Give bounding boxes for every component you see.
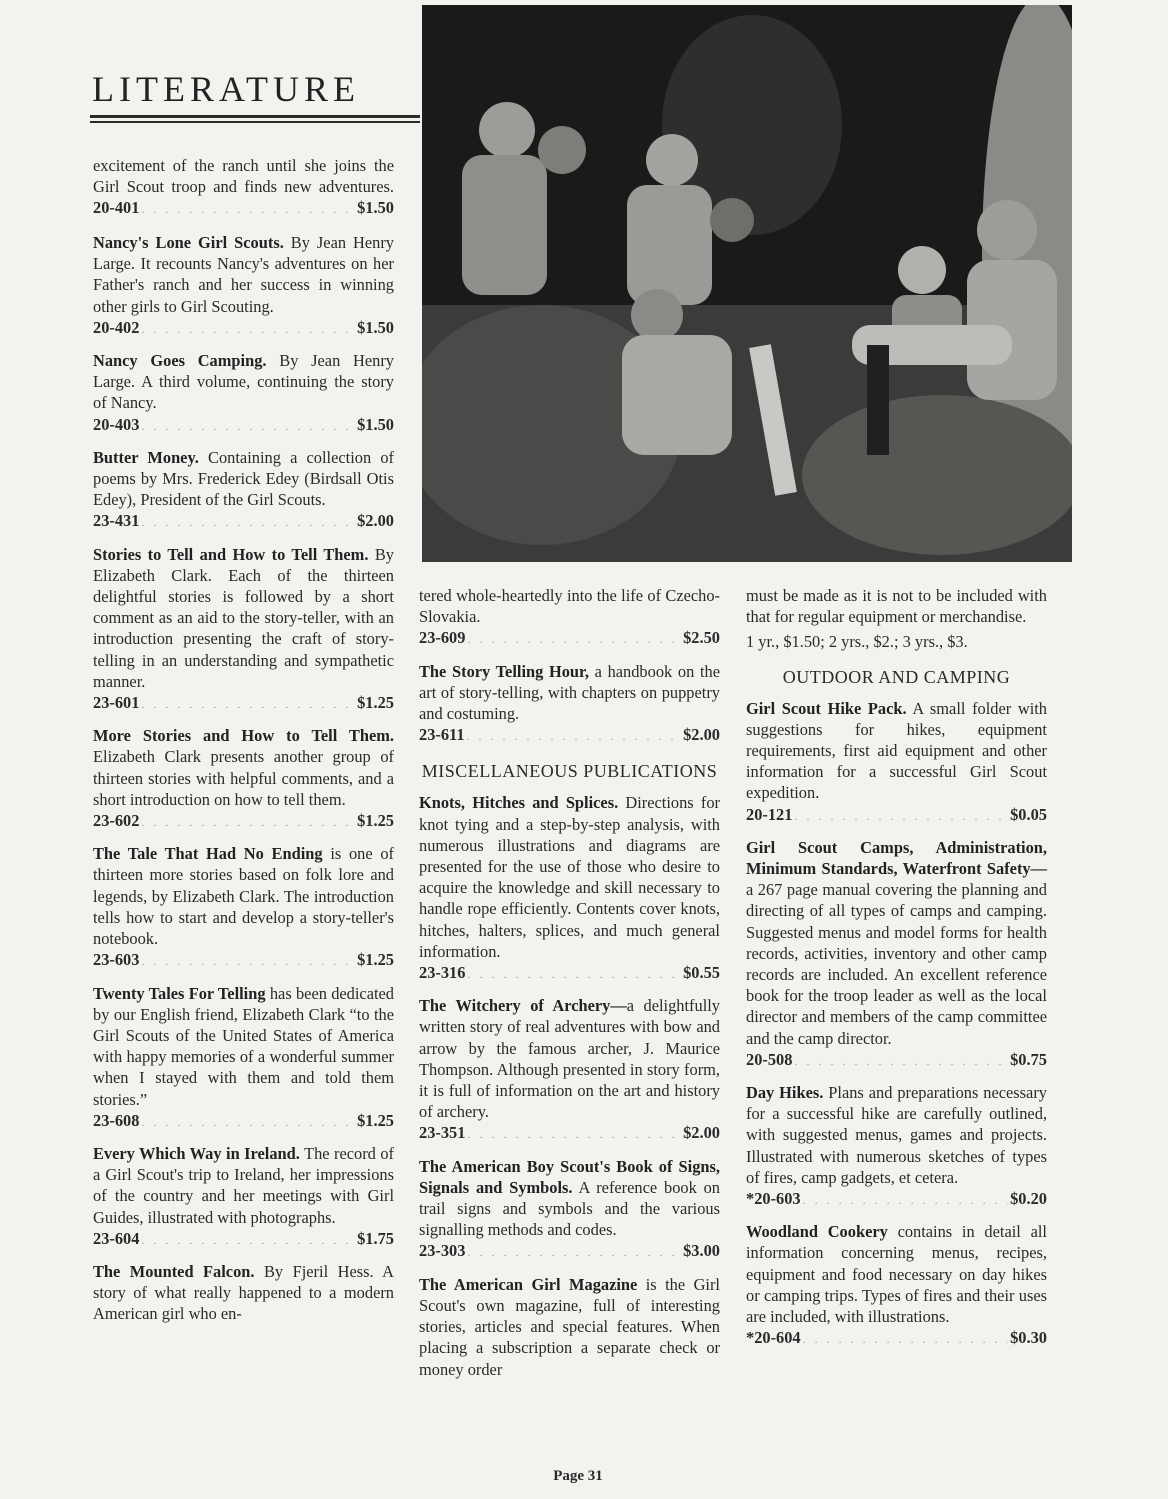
price-line: 23-608$1.25 (93, 1110, 394, 1133)
item-price: $1.50 (357, 197, 394, 218)
leader-dots (141, 1112, 355, 1133)
item-price: $3.00 (683, 1240, 720, 1261)
column-2: tered whole-heartedly into the life of C… (419, 585, 720, 1390)
entry-description: must be made as it is not to be included… (746, 586, 1047, 626)
column-1-entries: Nancy's Lone Girl Scouts. By Jean Henry … (93, 232, 394, 1335)
item-price: $1.25 (357, 810, 394, 831)
item-code: 23-601 (93, 692, 139, 713)
item-price: $2.50 (683, 627, 720, 648)
catalog-entry: Girl Scout Camps, Administration, Minimu… (746, 837, 1047, 1072)
price-line: 20-402$1.50 (93, 317, 394, 340)
price-line: 23-351$2.00 (419, 1122, 720, 1145)
leader-dots (141, 319, 355, 340)
item-code: 23-303 (419, 1240, 465, 1261)
item-price: $0.30 (1010, 1327, 1047, 1348)
entry-title: More Stories and How to Tell Them. (93, 726, 394, 745)
price-line: 23-609$2.50 (419, 627, 720, 650)
item-code: 23-611 (419, 724, 465, 745)
catalog-entry: Twenty Tales For Telling has been dedica… (93, 983, 394, 1133)
entry-title: The American Girl Magazine (419, 1275, 637, 1294)
leader-dots (141, 416, 355, 437)
leader-dots (467, 1124, 681, 1145)
catalog-entry: Stories to Tell and How to Tell Them. By… (93, 544, 394, 716)
item-price: $1.25 (357, 1110, 394, 1131)
price-line: 20-401 $1.50 (93, 197, 394, 220)
catalog-entry: The Witchery of Archery—a delightfully w… (419, 995, 720, 1145)
leader-dots (794, 806, 1008, 827)
leader-dots (467, 964, 681, 985)
catalog-entry: Knots, Hitches and Splices. Directions f… (419, 792, 720, 985)
entry-title: The Witchery of Archery— (419, 996, 627, 1015)
price-line: *20-604$0.30 (746, 1327, 1047, 1350)
catalog-entry: The Story Telling Hour, a handbook on th… (419, 661, 720, 748)
title-rule-top (90, 115, 420, 118)
item-price: $0.05 (1010, 804, 1047, 825)
price-line: 23-602$1.25 (93, 810, 394, 833)
leader-dots (141, 199, 355, 220)
price-line: 23-601$1.25 (93, 692, 394, 715)
leader-dots (141, 951, 355, 972)
leader-dots (794, 1051, 1008, 1072)
item-code: 23-351 (419, 1122, 465, 1143)
entry-title: The Mounted Falcon. (93, 1262, 255, 1281)
item-price: $0.55 (683, 962, 720, 983)
column-3: must be made as it is not to be included… (746, 585, 1047, 1361)
page-title: LITERATURE (92, 68, 360, 110)
leader-dots (803, 1329, 1008, 1350)
catalog-entry: Woodland Cookery contains in detail all … (746, 1221, 1047, 1350)
item-code: *20-604 (746, 1327, 801, 1348)
catalog-entry: Nancy's Lone Girl Scouts. By Jean Henry … (93, 232, 394, 340)
item-price: $1.25 (357, 949, 394, 970)
item-price: $1.50 (357, 414, 394, 435)
catalog-entry: Girl Scout Hike Pack. A small folder wit… (746, 698, 1047, 827)
entry-title: Knots, Hitches and Splices. (419, 793, 618, 812)
girl-scouts-photo (422, 5, 1072, 562)
leader-dots (141, 694, 355, 715)
entry-description: a 267 page manual covering the planning … (746, 880, 1047, 1047)
catalog-entry: Day Hikes. Plans and preparations necess… (746, 1082, 1047, 1211)
price-line: 23-316$0.55 (419, 962, 720, 985)
catalog-entry: More Stories and How to Tell Them. Eliza… (93, 725, 394, 833)
item-price: $1.25 (357, 692, 394, 713)
entry-title: Girl Scout Hike Pack. (746, 699, 907, 718)
section-heading-outdoor-camping: OUTDOOR AND CAMPING (746, 667, 1047, 688)
catalog-entry: The American Boy Scout's Book of Signs, … (419, 1156, 720, 1264)
catalog-entry: Butter Money. Containing a collection of… (93, 447, 394, 534)
catalog-entry: The Tale That Had No Ending is one of th… (93, 843, 394, 972)
section-heading-miscellaneous: MISCELLANEOUS PUBLICATIONS (419, 761, 720, 782)
leader-dots (141, 512, 355, 533)
item-code: 20-121 (746, 804, 792, 825)
catalog-entry: Every Which Way in Ireland. The record o… (93, 1143, 394, 1251)
price-line: 23-303$3.00 (419, 1240, 720, 1263)
entry-title: The Story Telling Hour, (419, 662, 589, 681)
item-code: 20-402 (93, 317, 139, 338)
entry-description: tered whole-heartedly into the life of C… (419, 586, 720, 626)
price-line: *20-603$0.20 (746, 1188, 1047, 1211)
item-price: $0.20 (1010, 1188, 1047, 1209)
catalog-entry: must be made as it is not to be included… (746, 585, 1047, 627)
item-code: 23-316 (419, 962, 465, 983)
entry-title: Every Which Way in Ireland. (93, 1144, 300, 1163)
price-line: 23-603$1.25 (93, 949, 394, 972)
price-line: 23-604$1.75 (93, 1228, 394, 1251)
catalog-entry: Nancy Goes Camping. By Jean Henry Large.… (93, 350, 394, 437)
item-code: 23-608 (93, 1110, 139, 1131)
price-line: 20-121$0.05 (746, 804, 1047, 827)
price-line: 20-403$1.50 (93, 414, 394, 437)
item-price: $0.75 (1010, 1049, 1047, 1070)
entry-title: Twenty Tales For Telling (93, 984, 266, 1003)
entry-description: Elizabeth Clark presents another group o… (93, 747, 394, 808)
price-line: 23-611$2.00 (419, 724, 720, 747)
item-code: 20-508 (746, 1049, 792, 1070)
entry-title: Woodland Cookery (746, 1222, 888, 1241)
page-number-label: Page 31 (553, 1468, 603, 1484)
item-price: $2.00 (357, 510, 394, 531)
item-code: 20-403 (93, 414, 139, 435)
entry-description: excitement of the ranch until she joins … (93, 156, 394, 196)
item-code: 23-603 (93, 949, 139, 970)
entry-title: Day Hikes. (746, 1083, 823, 1102)
column-1: excitement of the ranch until she joins … (93, 155, 394, 231)
leader-dots (141, 812, 355, 833)
price-line: 23-431$2.00 (93, 510, 394, 533)
entry-title: The Tale That Had No Ending (93, 844, 323, 863)
catalog-entry: tered whole-heartedly into the life of C… (419, 585, 720, 651)
entry-title: Nancy Goes Camping. (93, 351, 267, 370)
leader-dots (141, 1230, 355, 1251)
item-code: *20-603 (746, 1188, 801, 1209)
price-line: 20-508$0.75 (746, 1049, 1047, 1072)
entry-title: Stories to Tell and How to Tell Them. (93, 545, 368, 564)
entry-title: Butter Money. (93, 448, 199, 467)
title-rule-bottom (90, 121, 420, 123)
leader-dots (803, 1190, 1008, 1211)
page-number: Page 31 (0, 1468, 1168, 1485)
entry-title: Nancy's Lone Girl Scouts. (93, 233, 284, 252)
item-code: 23-602 (93, 810, 139, 831)
item-code: 23-604 (93, 1228, 139, 1249)
item-price: $1.75 (357, 1228, 394, 1249)
subscription-rates: 1 yr., $1.50; 2 yrs., $2.; 3 yrs., $3. (746, 631, 1047, 652)
item-code: 23-431 (93, 510, 139, 531)
catalog-entry: excitement of the ranch until she joins … (93, 155, 394, 221)
entry-title: Girl Scout Camps, Administration, Minimu… (746, 838, 1047, 878)
item-price: $1.50 (357, 317, 394, 338)
leader-dots (467, 629, 681, 650)
leader-dots (467, 726, 682, 747)
item-price: $2.00 (683, 1122, 720, 1143)
item-code: 23-609 (419, 627, 465, 648)
photo-illustration-icon (422, 5, 1072, 562)
item-price: $2.00 (683, 724, 720, 745)
catalog-entry: The Mounted Falcon. By Fjeril Hess. A st… (93, 1261, 394, 1325)
leader-dots (467, 1242, 681, 1263)
item-code: 20-401 (93, 197, 139, 218)
entry-description: Directions for knot tying and a step-by-… (419, 793, 720, 960)
entry-description: By Elizabeth Clark. Each of the thirteen… (93, 545, 394, 691)
catalog-entry: The American Girl Magazine is the Girl S… (419, 1274, 720, 1380)
